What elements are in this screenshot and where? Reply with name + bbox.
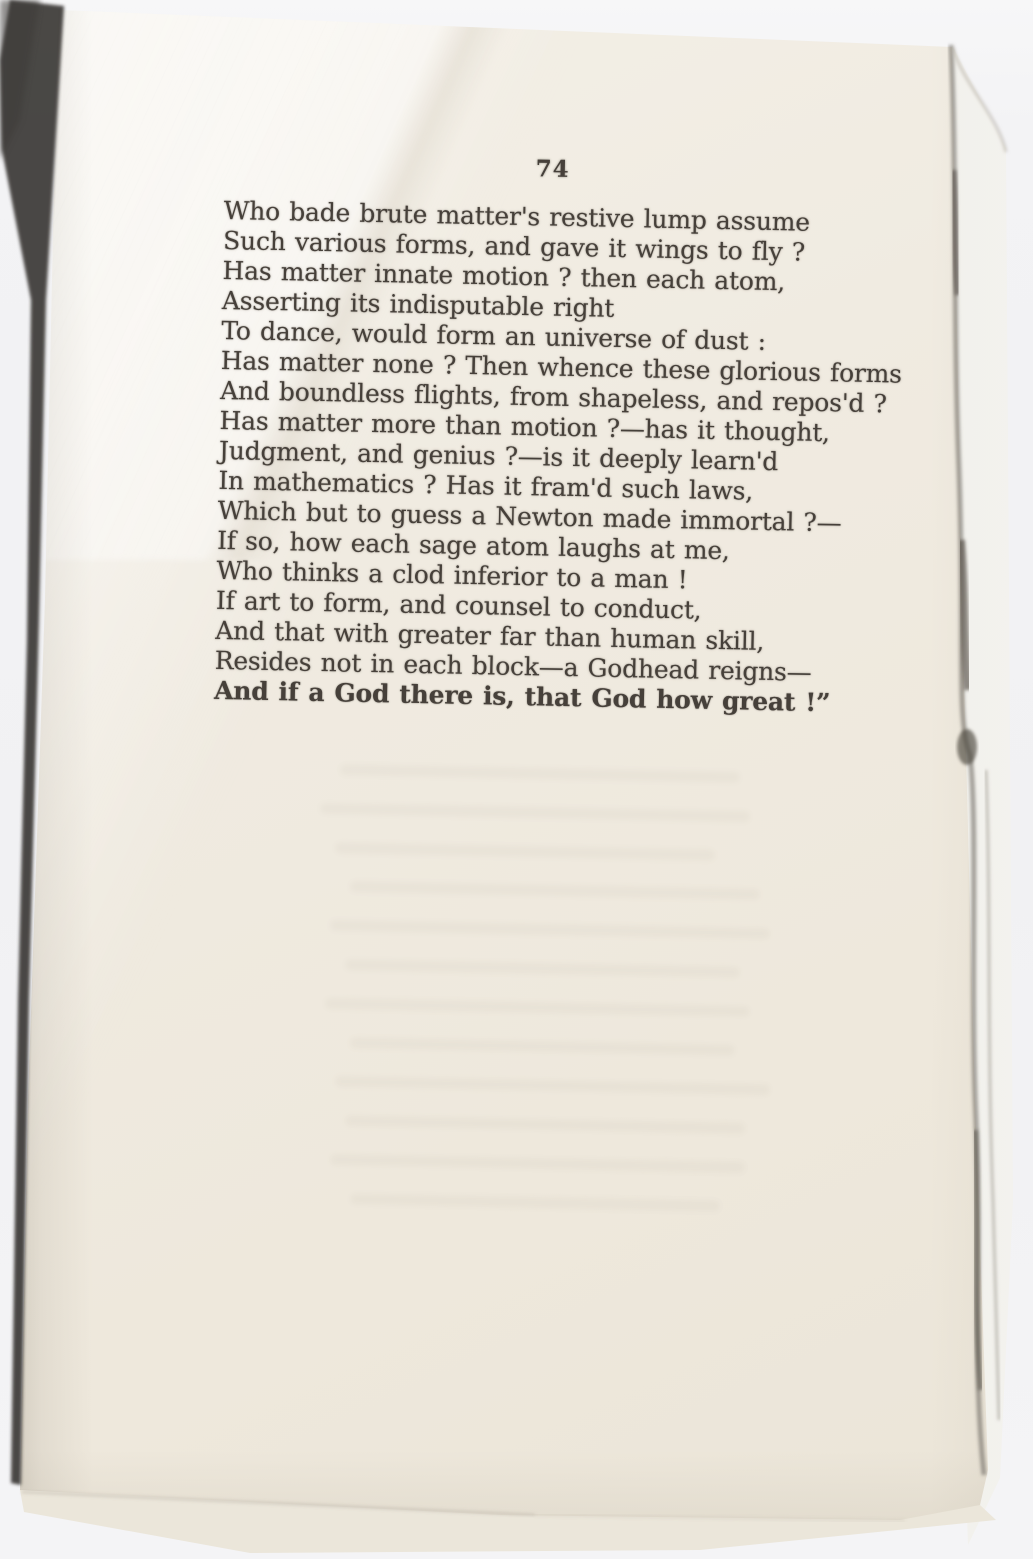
book-page-photograph: 74 Who bade brute matter's restive lump … <box>0 0 1033 1559</box>
left-shadow-top-corner <box>0 0 40 160</box>
printed-text-block: 74 Who bade brute matter's restive lump … <box>214 150 845 718</box>
